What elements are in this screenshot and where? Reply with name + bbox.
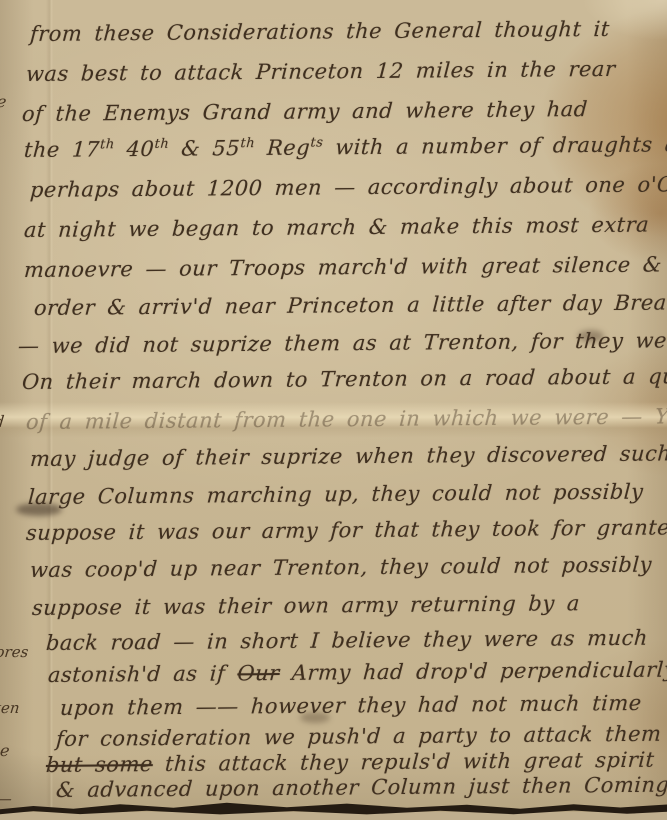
manuscript-line: upon them —— however they had not much t… [59, 691, 642, 720]
manuscript-line: large Columns marching up, they could no… [27, 480, 644, 509]
manuscript-line: perhaps about 1200 men — accordingly abo… [29, 172, 667, 202]
manuscript-line: suppose it was our army for that they to… [25, 515, 667, 545]
manuscript-line: order & arriv'd near Princeton a little … [33, 290, 667, 320]
line-text: Army had drop'd perpendicularly [279, 658, 667, 685]
line-text: with a number of draughts altogeth [322, 132, 667, 160]
struck-text: but some [45, 752, 153, 777]
manuscript-line: may judge of their suprize when they dis… [29, 441, 667, 471]
manuscript-line: & advanced upon another Column just then… [55, 773, 667, 802]
line-text: the 17 [23, 137, 100, 162]
under-page [0, 812, 667, 820]
line-text: this attack they repuls'd with great spi… [152, 748, 655, 776]
manuscript-line: for consideration we push'd a party to a… [55, 722, 662, 751]
manuscript-line: from these Considerations the General th… [29, 17, 610, 46]
superscript: th [154, 137, 170, 152]
superscript: th [100, 137, 116, 152]
line-text: astonish'd as if [47, 661, 238, 687]
line-text: & 55 [168, 136, 241, 161]
manuscript-text-block: from these Considerations the General th… [0, 0, 667, 820]
manuscript-line: at night we began to march & make this m… [23, 213, 650, 242]
manuscript-line: the 17th 40th & 55th Regts with a number… [23, 132, 667, 162]
manuscript-line: — we did not suprize them as at Trenton,… [17, 328, 667, 358]
manuscript-line-faded: of a mile distant from the one in which … [25, 404, 667, 434]
struck-text: Our [237, 661, 281, 685]
superscript: th [240, 136, 256, 151]
line-text: Reg [254, 135, 311, 159]
manuscript-line: back road — in short I believe they were… [45, 626, 648, 655]
manuscript-line: suppose it was their own army returning … [31, 591, 580, 620]
manuscript-line: of the Enemys Grand army and where they … [21, 97, 588, 126]
manuscript-line: was coop'd up near Trenton, they could n… [29, 553, 652, 582]
line-text: 40 [114, 137, 155, 161]
manuscript-line: manoevre — our Troops march'd with great… [23, 252, 663, 282]
superscript: ts [310, 135, 324, 150]
manuscript-line: On their march down to Trenton on a road… [21, 364, 667, 394]
manuscript-page: from these Considerations the General th… [0, 0, 667, 820]
manuscript-line: astonish'd as if Our Army had drop'd per… [47, 658, 667, 687]
manuscript-line: was best to attack Princeton 12 miles in… [25, 57, 616, 86]
